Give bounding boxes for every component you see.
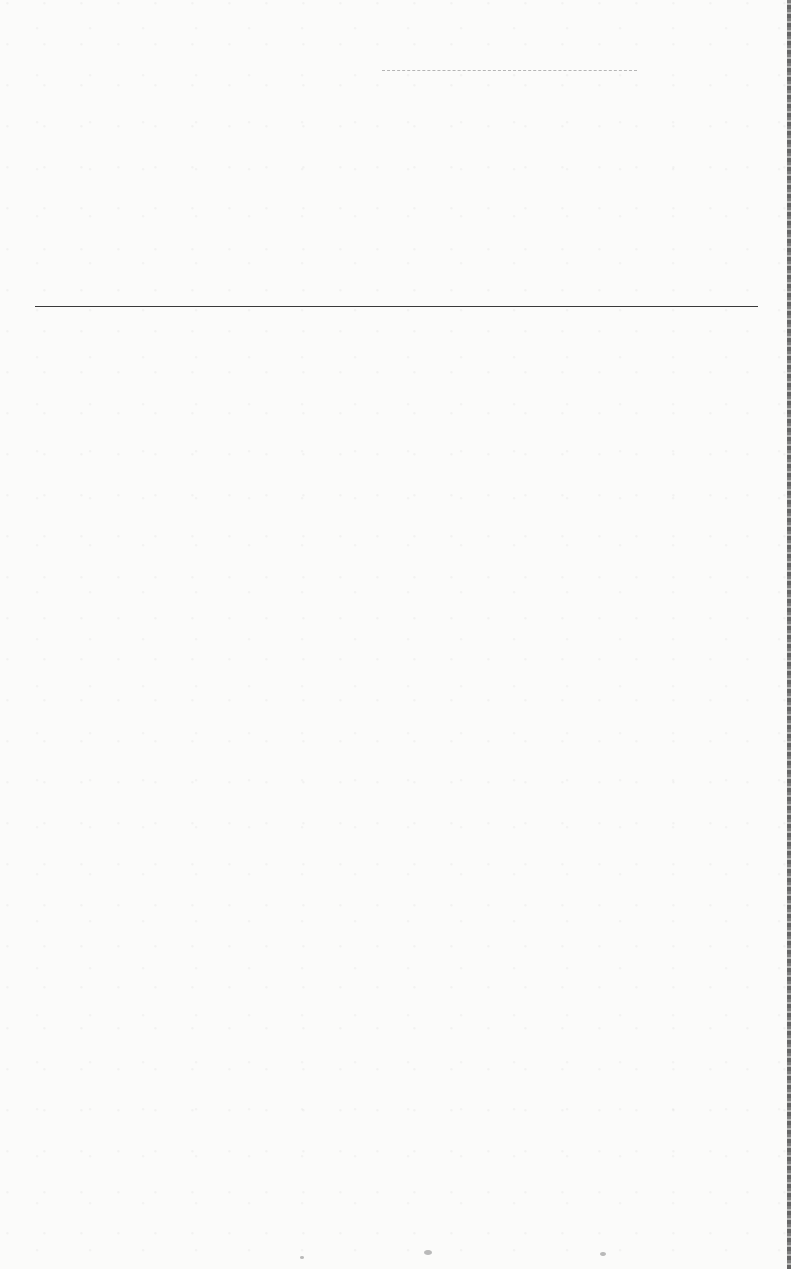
heading-dotted-rule [382,70,637,71]
page-edge-shadow [787,0,791,1269]
section-divider [35,306,758,307]
scan-speck [300,1256,304,1259]
scan-speck [424,1250,432,1255]
scan-speck [600,1252,606,1256]
manuscript-page [0,0,791,1269]
margin-note [650,158,782,164]
